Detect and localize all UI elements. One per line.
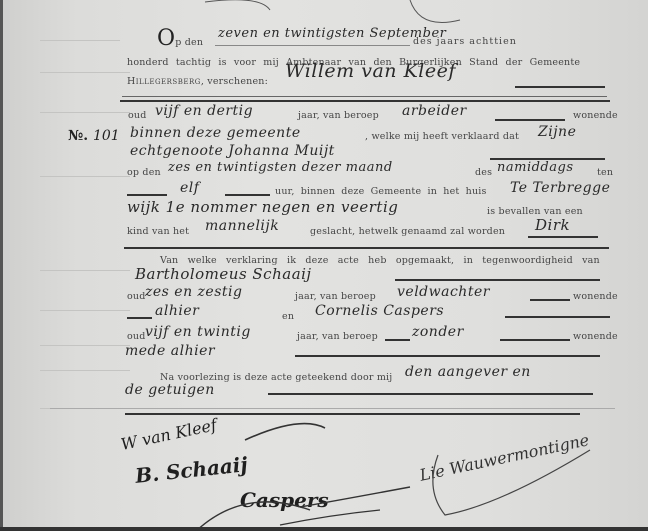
certificate-page: №. 101 Op den zeven en twintigsten Septe… bbox=[0, 0, 648, 531]
signature-flourishes bbox=[0, 0, 648, 531]
